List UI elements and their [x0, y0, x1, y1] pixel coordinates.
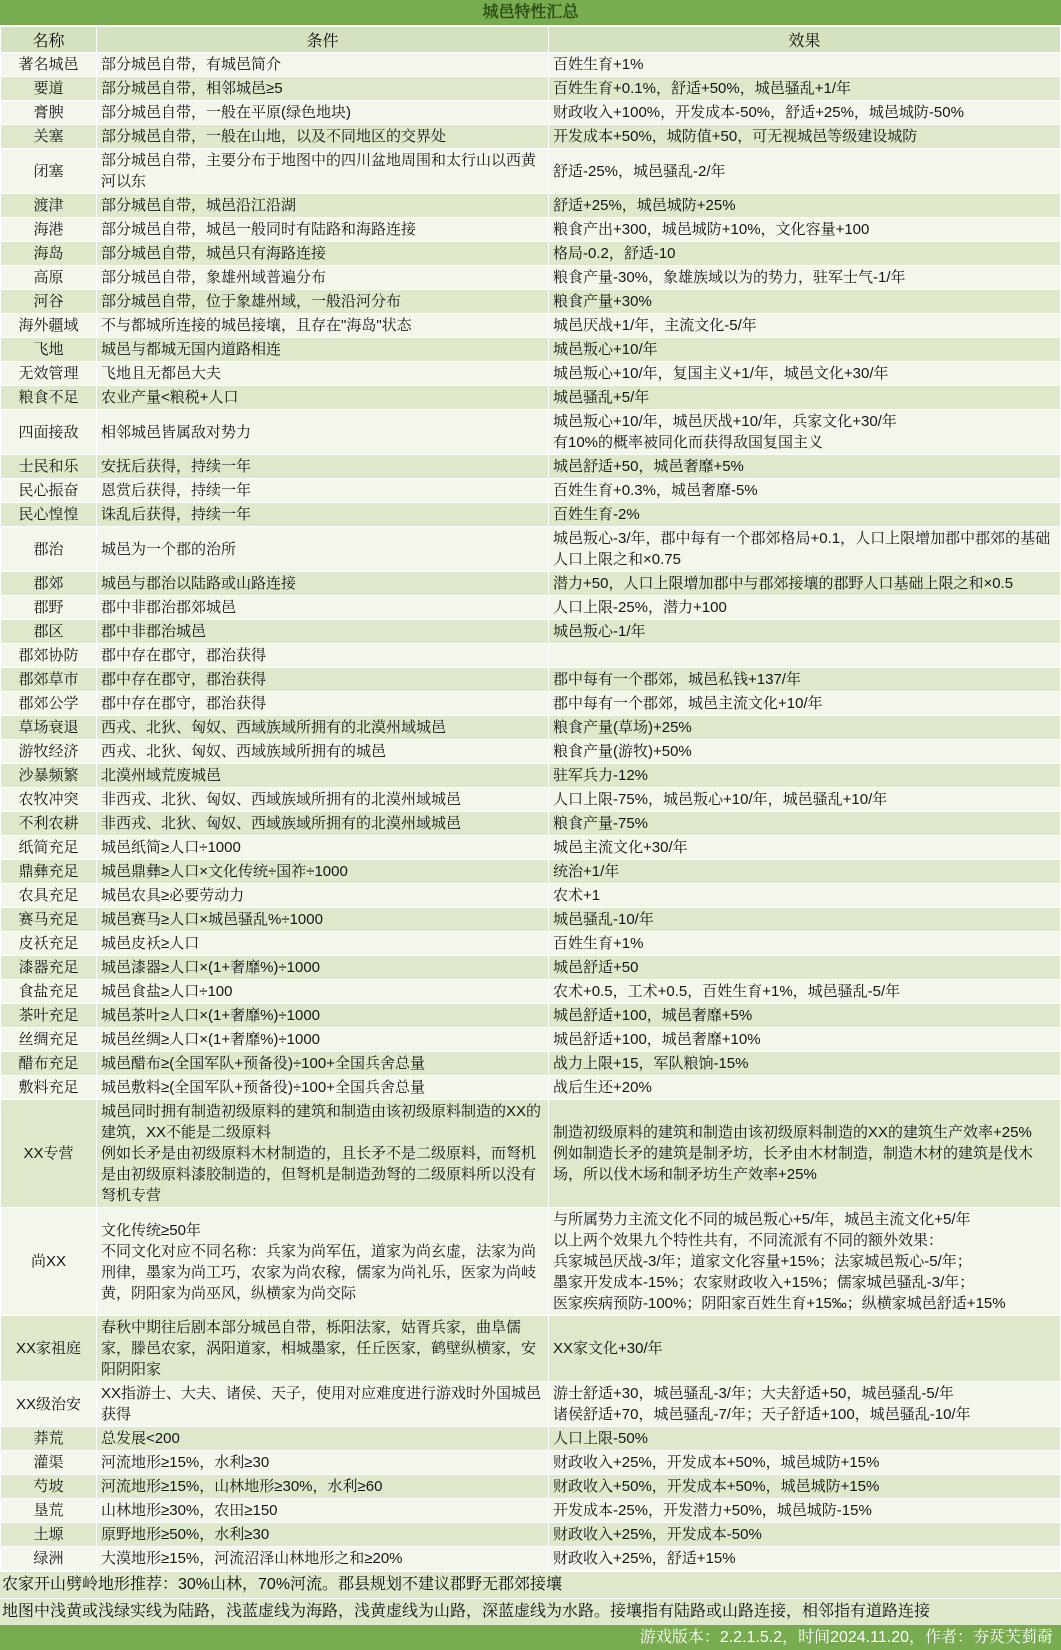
feature-name-cell: 芍坡	[1, 1475, 97, 1499]
feature-name-cell: 要道	[1, 77, 97, 101]
feature-name-cell: 尚XX	[1, 1208, 97, 1316]
table-row: 要道部分城邑自带，相邻城邑≥5百姓生育+0.1%，舒适+50%，城邑骚乱+1/年	[1, 77, 1061, 101]
effect-cell: 城邑舒适+50，城邑奢靡+5%	[549, 455, 1061, 479]
table-row: 农具充足城邑农具≥必要劳动力农术+1	[1, 884, 1061, 908]
feature-name-cell: XX级治安	[1, 1382, 97, 1427]
effect-cell: 财政收入+25%，开发成本+50%，城邑城防+15%	[549, 1451, 1061, 1475]
effect-cell: 舒适+25%，城邑城防+25%	[549, 194, 1061, 218]
table-row: 膏腴部分城邑自带，一般在平原(绿色地块)财政收入+100%，开发成本-50%，舒…	[1, 101, 1061, 125]
effect-cell: 城邑主流文化+30/年	[549, 836, 1061, 860]
table-row: 游牧经济西戎、北狄、匈奴、西域族域所拥有的城邑粮食产量(游牧)+50%	[1, 740, 1061, 764]
feature-name-cell: 纸简充足	[1, 836, 97, 860]
condition-cell: 郡中存在郡守，郡治获得	[97, 692, 549, 716]
condition-cell: 河流地形≥15%，水利≥30	[97, 1451, 549, 1475]
table-row: 民心惶惶诛乱后获得，持续一年百姓生育-2%	[1, 503, 1061, 527]
effect-cell: 城邑舒适+100，城邑奢靡+5%	[549, 1004, 1061, 1028]
effect-cell: 城邑厌战+1/年，主流文化-5/年	[549, 314, 1061, 338]
effect-cell: 驻军兵力-12%	[549, 764, 1061, 788]
table-row: 沙暴频繁北漠州域荒废城邑驻军兵力-12%	[1, 764, 1061, 788]
table-row: 河谷部分城邑自带，位于象雄州域，一般沿河分布粮食产量+30%	[1, 290, 1061, 314]
feature-name-cell: 飞地	[1, 338, 97, 362]
effect-cell: 游士舒适+30，城邑骚乱-3/年；大夫舒适+50，城邑骚乱-5/年 诸侯舒适+7…	[549, 1382, 1061, 1427]
feature-name-cell: 高原	[1, 266, 97, 290]
condition-cell: 非西戎、北狄、匈奴、西域族域所拥有的北漠州域城邑	[97, 788, 549, 812]
effect-cell: 粮食产出+300，城邑城防+10%，文化容量+100	[549, 218, 1061, 242]
feature-name-cell: 海外疆域	[1, 314, 97, 338]
feature-name-cell: 丝绸充足	[1, 1028, 97, 1052]
feature-name-cell: 海港	[1, 218, 97, 242]
effect-cell: 粮食产量(游牧)+50%	[549, 740, 1061, 764]
condition-cell: 城邑鼎彝≥人口×文化传统÷国祚÷1000	[97, 860, 549, 884]
feature-name-cell: 郡区	[1, 620, 97, 644]
effect-cell: 城邑舒适+50	[549, 956, 1061, 980]
feature-name-cell: 郡郊协防	[1, 644, 97, 668]
effect-cell: 城邑叛心-1/年	[549, 620, 1061, 644]
effect-cell: XX家文化+30/年	[549, 1316, 1061, 1382]
table-row: 不利农耕非西戎、北狄、匈奴、西域族域所拥有的北漠州域城邑粮食产量-75%	[1, 812, 1061, 836]
effect-cell: 人口上限-50%	[549, 1427, 1061, 1451]
effect-cell: 与所属势力主流文化不同的城邑叛心+5/年，城邑主流文化+5/年 以上两个效果九个…	[549, 1208, 1061, 1316]
condition-cell: 城邑漆器≥人口×(1+奢靡%)÷1000	[97, 956, 549, 980]
column-header-name: 名称	[1, 27, 97, 53]
condition-cell: 部分城邑自带，城邑只有海路连接	[97, 242, 549, 266]
condition-cell: 郡中非郡治城邑	[97, 620, 549, 644]
effect-cell: 百姓生育+1%	[549, 53, 1061, 77]
feature-name-cell: 闭塞	[1, 149, 97, 194]
effect-cell: 粮食产量-75%	[549, 812, 1061, 836]
condition-cell: 城邑赛马≥人口×城邑骚乱%÷1000	[97, 908, 549, 932]
effect-cell: 财政收入+50%，开发成本+50%，城邑城防+15%	[549, 1475, 1061, 1499]
table-row: 闭塞部分城邑自带，主要分布于地图中的四川盆地周围和太行山以西黄河以东舒适-25%…	[1, 149, 1061, 194]
table-row: 海岛部分城邑自带，城邑只有海路连接格局-0.2，舒适-10	[1, 242, 1061, 266]
table-row: 莽荒总发展<200人口上限-50%	[1, 1427, 1061, 1451]
condition-cell: 城邑与郡治以陆路或山路连接	[97, 572, 549, 596]
condition-cell: 城邑与都城无国内道路相连	[97, 338, 549, 362]
table-row: 漆器充足城邑漆器≥人口×(1+奢靡%)÷1000城邑舒适+50	[1, 956, 1061, 980]
condition-cell: 飞地且无都邑大夫	[97, 362, 549, 386]
effect-cell: 城邑骚乱+5/年	[549, 386, 1061, 410]
feature-name-cell: XX家祖庭	[1, 1316, 97, 1382]
table-row: 高原部分城邑自带，象雄州域普遍分布粮食产量-30%，象雄族域以为的势力，驻军士气…	[1, 266, 1061, 290]
condition-cell: 非西戎、北狄、匈奴、西域族域所拥有的北漠州域城邑	[97, 812, 549, 836]
effect-cell: 财政收入+25%，舒适+15%	[549, 1547, 1061, 1571]
condition-cell: 郡中非郡治郡郊城邑	[97, 596, 549, 620]
feature-name-cell: 海岛	[1, 242, 97, 266]
effect-cell: 城邑舒适+100，城邑奢靡+10%	[549, 1028, 1061, 1052]
condition-cell: 城邑皮袄≥人口	[97, 932, 549, 956]
effect-cell: 战力上限+15，军队粮饷-15%	[549, 1052, 1061, 1076]
feature-name-cell: 郡野	[1, 596, 97, 620]
table-row: 敷料充足城邑敷料≥(全国军队+预备役)÷100+全国兵舍总量战后生还+20%	[1, 1076, 1061, 1100]
effect-cell: 百姓生育+1%	[549, 932, 1061, 956]
table-row: 郡郊公学郡中存在郡守，郡治获得郡中每有一个郡郊，城邑主流文化+10/年	[1, 692, 1061, 716]
condition-cell: 原野地形≥50%，水利≥30	[97, 1523, 549, 1547]
condition-cell: 城邑食盐≥人口÷100	[97, 980, 549, 1004]
condition-cell: 部分城邑自带，主要分布于地图中的四川盆地周围和太行山以西黄河以东	[97, 149, 549, 194]
table-row: 士民和乐安抚后获得，持续一年城邑舒适+50，城邑奢靡+5%	[1, 455, 1061, 479]
table-row: 粮食不足农业产量<粮税+人口城邑骚乱+5/年	[1, 386, 1061, 410]
column-header-effect: 效果	[549, 27, 1061, 53]
condition-cell: 部分城邑自带，一般在山地，以及不同地区的交界处	[97, 125, 549, 149]
effect-cell: 开发成本+50%，城防值+50，可无视城邑等级建设城防	[549, 125, 1061, 149]
feature-name-cell: 河谷	[1, 290, 97, 314]
feature-name-cell: 郡郊草市	[1, 668, 97, 692]
table-row: XX家祖庭春秋中期往后剧本部分城邑自带，栎阳法家，姑胥兵家，曲阜儒家，滕邑农家，…	[1, 1316, 1061, 1382]
feature-name-cell: 四面接敌	[1, 410, 97, 455]
effect-cell: 人口上限-75%，城邑叛心+10/年，城邑骚乱+10/年	[549, 788, 1061, 812]
condition-cell: 城邑同时拥有制造初级原料的建筑和制造由该初级原料制造的XX的建筑，XX不能是二级…	[97, 1100, 549, 1208]
condition-cell: 城邑丝绸≥人口×(1+奢靡%)÷1000	[97, 1028, 549, 1052]
condition-cell: XX指游士、大夫、诸侯、天子，使用对应难度进行游戏时外国城邑获得	[97, 1382, 549, 1427]
feature-name-cell: 渡津	[1, 194, 97, 218]
table-row: 垦荒山林地形≥30%，农田≥150开发成本-25%，开发潜力+50%，城邑城防-…	[1, 1499, 1061, 1523]
feature-name-cell: 民心惶惶	[1, 503, 97, 527]
condition-cell: 城邑纸简≥人口÷1000	[97, 836, 549, 860]
feature-name-cell: 赛马充足	[1, 908, 97, 932]
table-row: 丝绸充足城邑丝绸≥人口×(1+奢靡%)÷1000城邑舒适+100，城邑奢靡+10…	[1, 1028, 1061, 1052]
feature-name-cell: 草场衰退	[1, 716, 97, 740]
condition-cell: 北漠州域荒废城邑	[97, 764, 549, 788]
table-row: XX级治安XX指游士、大夫、诸侯、天子，使用对应难度进行游戏时外国城邑获得游士舒…	[1, 1382, 1061, 1427]
table-row: 郡郊草市郡中存在郡守，郡治获得郡中每有一个郡郊，城邑私钱+137/年	[1, 668, 1061, 692]
table-row: 土塬原野地形≥50%，水利≥30财政收入+25%，开发成本-50%	[1, 1523, 1061, 1547]
feature-name-cell: 不利农耕	[1, 812, 97, 836]
effect-cell: 百姓生育+0.3%，城邑奢靡-5%	[549, 479, 1061, 503]
table-row: 关塞部分城邑自带，一般在山地，以及不同地区的交界处开发成本+50%，城防值+50…	[1, 125, 1061, 149]
condition-cell: 诛乱后获得，持续一年	[97, 503, 549, 527]
effect-cell: 城邑叛心+10/年，复国主义+1/年，城邑文化+30/年	[549, 362, 1061, 386]
effect-cell: 百姓生育-2%	[549, 503, 1061, 527]
condition-cell: 郡中存在郡守，郡治获得	[97, 668, 549, 692]
table-row: 灌渠河流地形≥15%，水利≥30财政收入+25%，开发成本+50%，城邑城防+1…	[1, 1451, 1061, 1475]
effect-cell: 格局-0.2，舒适-10	[549, 242, 1061, 266]
effect-cell: 城邑叛心+10/年，城邑厌战+10/年，兵家文化+30/年 有10%的概率被同化…	[549, 410, 1061, 455]
effect-cell: 战后生还+20%	[549, 1076, 1061, 1100]
condition-cell: 部分城邑自带，位于象雄州域，一般沿河分布	[97, 290, 549, 314]
effect-cell: 城邑叛心+10/年	[549, 338, 1061, 362]
effect-cell: 财政收入+25%，开发成本-50%	[549, 1523, 1061, 1547]
feature-name-cell: 粮食不足	[1, 386, 97, 410]
feature-name-cell: 游牧经济	[1, 740, 97, 764]
feature-name-cell: 漆器充足	[1, 956, 97, 980]
effect-cell: 郡中每有一个郡郊，城邑私钱+137/年	[549, 668, 1061, 692]
condition-cell: 城邑农具≥必要劳动力	[97, 884, 549, 908]
table-row: 农牧冲突非西戎、北狄、匈奴、西域族域所拥有的北漠州域城邑人口上限-75%，城邑叛…	[1, 788, 1061, 812]
feature-name-cell: 著名城邑	[1, 53, 97, 77]
effect-cell: 潜力+50，人口上限增加郡中与郡郊接壤的郡野人口基础上限之和×0.5	[549, 572, 1061, 596]
effect-cell: 统治+1/年	[549, 860, 1061, 884]
effect-cell: 农术+0.5，工术+0.5，百姓生育+1%，城邑骚乱-5/年	[549, 980, 1061, 1004]
effect-cell: 粮食产量(草场)+25%	[549, 716, 1061, 740]
effect-cell: 粮食产量-30%，象雄族域以为的势力，驻军士气-1/年	[549, 266, 1061, 290]
feature-table-body: 著名城邑部分城邑自带，有城邑简介百姓生育+1%要道部分城邑自带，相邻城邑≥5百姓…	[1, 53, 1061, 1571]
credits-bar: 游戏版本：2.2.1.5.2，时间2024.11.20，作者：夯烎芖菿奣	[0, 1625, 1061, 1650]
feature-name-cell: 垦荒	[1, 1499, 97, 1523]
table-row: 郡区郡中非郡治城邑城邑叛心-1/年	[1, 620, 1061, 644]
table-row: 纸简充足城邑纸简≥人口÷1000城邑主流文化+30/年	[1, 836, 1061, 860]
table-row: 海港部分城邑自带，城邑一般同时有陆路和海路连接粮食产出+300，城邑城防+10%…	[1, 218, 1061, 242]
table-row: 赛马充足城邑赛马≥人口×城邑骚乱%÷1000城邑骚乱-10/年	[1, 908, 1061, 932]
feature-name-cell: 民心振奋	[1, 479, 97, 503]
condition-cell: 城邑醋布≥(全国军队+预备役)÷100+全国兵舍总量	[97, 1052, 549, 1076]
feature-name-cell: 郡郊公学	[1, 692, 97, 716]
feature-name-cell: 绿洲	[1, 1547, 97, 1571]
table-row: 四面接敌相邻城邑皆属敌对势力城邑叛心+10/年，城邑厌战+10/年，兵家文化+3…	[1, 410, 1061, 455]
table-row: 食盐充足城邑食盐≥人口÷100农术+0.5，工术+0.5，百姓生育+1%，城邑骚…	[1, 980, 1061, 1004]
condition-cell: 相邻城邑皆属敌对势力	[97, 410, 549, 455]
table-row: 尚XX文化传统≥50年 不同文化对应不同名称：兵家为尚军伍，道家为尚玄虚，法家为…	[1, 1208, 1061, 1316]
condition-cell: 郡中存在郡守，郡治获得	[97, 644, 549, 668]
feature-name-cell: 莽荒	[1, 1427, 97, 1451]
effect-cell: 舒适-25%，城邑骚乱-2/年	[549, 149, 1061, 194]
effect-cell: 城邑叛心-3/年，郡中每有一个郡郊格局+0.1，人口上限增加郡中郡郊的基础人口上…	[549, 527, 1061, 572]
table-row: 芍坡河流地形≥15%，山林地形≥30%，水利≥60财政收入+50%，开发成本+5…	[1, 1475, 1061, 1499]
footer-note-legend: 地图中浅黄或浅绿实线为陆路，浅蓝虚线为海路，浅黄虚线为山路，深蓝虚线为水路。接壤…	[0, 1598, 1061, 1625]
condition-cell: 西戎、北狄、匈奴、西域族域所拥有的城邑	[97, 740, 549, 764]
feature-name-cell: 关塞	[1, 125, 97, 149]
condition-cell: 部分城邑自带，象雄州域普遍分布	[97, 266, 549, 290]
table-row: 无效管理飞地且无都邑大夫城邑叛心+10/年，复国主义+1/年，城邑文化+30/年	[1, 362, 1061, 386]
condition-cell: 农业产量<粮税+人口	[97, 386, 549, 410]
condition-cell: 城邑茶叶≥人口×(1+奢靡%)÷1000	[97, 1004, 549, 1028]
table-row: 皮袄充足城邑皮袄≥人口百姓生育+1%	[1, 932, 1061, 956]
effect-cell: 开发成本-25%，开发潜力+50%，城邑城防-15%	[549, 1499, 1061, 1523]
feature-name-cell: 士民和乐	[1, 455, 97, 479]
feature-name-cell: 郡治	[1, 527, 97, 572]
feature-name-cell: XX专营	[1, 1100, 97, 1208]
condition-cell: 不与都城所连接的城邑接壤，且存在"海岛"状态	[97, 314, 549, 338]
feature-name-cell: 农具充足	[1, 884, 97, 908]
condition-cell: 部分城邑自带，相邻城邑≥5	[97, 77, 549, 101]
table-header-row: 名称 条件 效果	[1, 27, 1061, 53]
table-row: 草场衰退西戎、北狄、匈奴、西域族域所拥有的北漠州域城邑粮食产量(草场)+25%	[1, 716, 1061, 740]
table-row: XX专营城邑同时拥有制造初级原料的建筑和制造由该初级原料制造的XX的建筑，XX不…	[1, 1100, 1061, 1208]
table-row: 醋布充足城邑醋布≥(全国军队+预备役)÷100+全国兵舍总量战力上限+15，军队…	[1, 1052, 1061, 1076]
table-row: 渡津部分城邑自带，城邑沿江沿湖舒适+25%，城邑城防+25%	[1, 194, 1061, 218]
effect-cell: 农术+1	[549, 884, 1061, 908]
table-row: 郡郊城邑与郡治以陆路或山路连接潜力+50，人口上限增加郡中与郡郊接壤的郡野人口基…	[1, 572, 1061, 596]
condition-cell: 山林地形≥30%，农田≥150	[97, 1499, 549, 1523]
page-title: 城邑特性汇总	[0, 0, 1061, 26]
feature-name-cell: 醋布充足	[1, 1052, 97, 1076]
table-row: 民心振奋恩赏后获得，持续一年百姓生育+0.3%，城邑奢靡-5%	[1, 479, 1061, 503]
column-header-condition: 条件	[97, 27, 549, 53]
condition-cell: 城邑敷料≥(全国军队+预备役)÷100+全国兵舍总量	[97, 1076, 549, 1100]
condition-cell: 西戎、北狄、匈奴、西域族域所拥有的北漠州域城邑	[97, 716, 549, 740]
effect-cell: 郡中每有一个郡郊，城邑主流文化+10/年	[549, 692, 1061, 716]
condition-cell: 部分城邑自带，一般在平原(绿色地块)	[97, 101, 549, 125]
feature-name-cell: 郡郊	[1, 572, 97, 596]
condition-cell: 河流地形≥15%，山林地形≥30%，水利≥60	[97, 1475, 549, 1499]
feature-name-cell: 无效管理	[1, 362, 97, 386]
table-row: 著名城邑部分城邑自带，有城邑简介百姓生育+1%	[1, 53, 1061, 77]
effect-cell: 百姓生育+0.1%，舒适+50%，城邑骚乱+1/年	[549, 77, 1061, 101]
condition-cell: 总发展<200	[97, 1427, 549, 1451]
effect-cell: 财政收入+100%，开发成本-50%，舒适+25%，城邑城防-50%	[549, 101, 1061, 125]
feature-name-cell: 沙暴频繁	[1, 764, 97, 788]
table-row: 绿洲大漠地形≥15%，河流沼泽山林地形之和≥20%财政收入+25%，舒适+15%	[1, 1547, 1061, 1571]
condition-cell: 恩赏后获得，持续一年	[97, 479, 549, 503]
condition-cell: 部分城邑自带，城邑沿江沿湖	[97, 194, 549, 218]
condition-cell: 春秋中期往后剧本部分城邑自带，栎阳法家，姑胥兵家，曲阜儒家，滕邑农家，涡阳道家，…	[97, 1316, 549, 1382]
city-feature-sheet: 城邑特性汇总 名称 条件 效果 著名城邑部分城邑自带，有城邑简介百姓生育+1%要…	[0, 0, 1061, 1650]
feature-name-cell: 皮袄充足	[1, 932, 97, 956]
effect-cell: 粮食产量+30%	[549, 290, 1061, 314]
table-row: 郡治城邑为一个郡的治所城邑叛心-3/年，郡中每有一个郡郊格局+0.1，人口上限增…	[1, 527, 1061, 572]
table-row: 飞地城邑与都城无国内道路相连城邑叛心+10/年	[1, 338, 1061, 362]
feature-name-cell: 土塬	[1, 1523, 97, 1547]
table-row: 鼎彝充足城邑鼎彝≥人口×文化传统÷国祚÷1000统治+1/年	[1, 860, 1061, 884]
feature-table: 名称 条件 效果 著名城邑部分城邑自带，有城邑简介百姓生育+1%要道部分城邑自带…	[0, 26, 1061, 1571]
condition-cell: 部分城邑自带，城邑一般同时有陆路和海路连接	[97, 218, 549, 242]
feature-name-cell: 灌渠	[1, 1451, 97, 1475]
table-row: 茶叶充足城邑茶叶≥人口×(1+奢靡%)÷1000城邑舒适+100，城邑奢靡+5%	[1, 1004, 1061, 1028]
table-row: 郡郊协防郡中存在郡守，郡治获得	[1, 644, 1061, 668]
condition-cell: 大漠地形≥15%，河流沼泽山林地形之和≥20%	[97, 1547, 549, 1571]
effect-cell: 人口上限-25%，潜力+100	[549, 596, 1061, 620]
feature-name-cell: 茶叶充足	[1, 1004, 97, 1028]
feature-name-cell: 农牧冲突	[1, 788, 97, 812]
effect-cell: 制造初级原料的建筑和制造由该初级原料制造的XX的建筑生产效率+25% 例如制造长…	[549, 1100, 1061, 1208]
feature-name-cell: 膏腴	[1, 101, 97, 125]
table-row: 郡野郡中非郡治郡郊城邑人口上限-25%，潜力+100	[1, 596, 1061, 620]
table-row: 海外疆域不与都城所连接的城邑接壤，且存在"海岛"状态城邑厌战+1/年，主流文化-…	[1, 314, 1061, 338]
feature-name-cell: 鼎彝充足	[1, 860, 97, 884]
condition-cell: 文化传统≥50年 不同文化对应不同名称：兵家为尚军伍，道家为尚玄虚，法家为尚刑律…	[97, 1208, 549, 1316]
condition-cell: 安抚后获得，持续一年	[97, 455, 549, 479]
effect-cell	[549, 644, 1061, 668]
feature-name-cell: 敷料充足	[1, 1076, 97, 1100]
effect-cell: 城邑骚乱-10/年	[549, 908, 1061, 932]
feature-name-cell: 食盐充足	[1, 980, 97, 1004]
condition-cell: 城邑为一个郡的治所	[97, 527, 549, 572]
condition-cell: 部分城邑自带，有城邑简介	[97, 53, 549, 77]
